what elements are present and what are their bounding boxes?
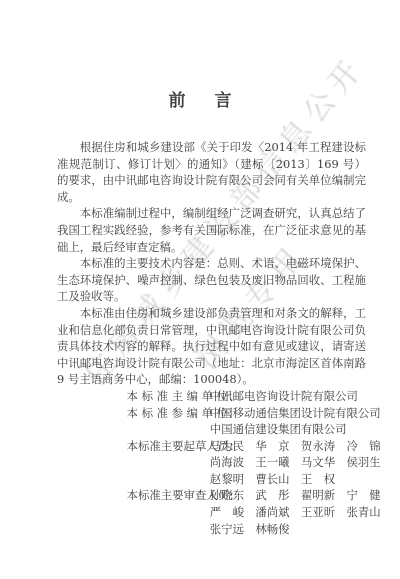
co-editor-org-1: 中国移动通信集团设计院有限公司 bbox=[210, 406, 381, 420]
paragraph-process: 本标准编制过程中，编制组经广泛调查研究，认真总结了我国工程实践经验，参考有关国际… bbox=[57, 205, 366, 255]
co-editor-line: 本 标 准 参 编 单 位：中国移动通信集团设计院有限公司 bbox=[57, 405, 366, 422]
page-title: 前 言 bbox=[0, 86, 400, 111]
drafters-row-1: 马为民 华 京 贺永涛 冷 锦 bbox=[210, 439, 381, 453]
co-editor-line-cont: 中国通信建设集团有限公司 bbox=[57, 421, 366, 438]
reviewers-line-cont-1: 严 峻 潘尚斌 王亚昕 张青山 bbox=[57, 504, 366, 521]
reviewers-row-2: 严 峻 潘尚斌 王亚昕 张青山 bbox=[210, 505, 381, 519]
co-editor-label: 本 标 准 参 编 单 位： bbox=[104, 405, 210, 422]
paragraph-basis: 根据住房和城乡建设部《关于印发〈2014 年工程建设标准规范制订、修订计划〉的通… bbox=[57, 139, 366, 205]
chief-editor-label: 本 标 准 主 编 单 位： bbox=[104, 388, 210, 405]
reviewers-row-1: 孙晓东 武 彤 翟明新 宁 健 bbox=[210, 488, 381, 502]
paragraph-management: 本标准由住房和城乡建设部负责管理和对条文的解释，工业和信息化部负责日常管理，中讯… bbox=[57, 305, 366, 388]
reviewers-label: 本标准主要审查人员： bbox=[104, 487, 210, 504]
drafters-label: 本标准主要起草人员： bbox=[104, 438, 210, 455]
drafters-line: 本标准主要起草人员：马为民 华 京 贺永涛 冷 锦 bbox=[57, 438, 366, 455]
drafters-row-2: 尚海波 王一曦 马文华 侯羽生 bbox=[210, 455, 381, 469]
foreword-content: 根据住房和城乡建设部《关于印发〈2014 年工程建设标准规范制订、修订计划〉的通… bbox=[57, 139, 366, 537]
chief-editor-line: 本 标 准 主 编 单 位：中讯邮电咨询设计院有限公司 bbox=[57, 388, 366, 405]
drafters-line-cont-1: 尚海波 王一曦 马文华 侯羽生 bbox=[57, 454, 366, 471]
co-editor-org-2: 中国通信建设集团有限公司 bbox=[210, 422, 347, 436]
paragraph-contents: 本标准的主要技术内容是：总则、术语、电磁环境保护、生态环境保护、噪声控制、绿色包… bbox=[57, 255, 366, 305]
drafters-line-cont-2: 赵黎明 曹长山 王 权 bbox=[57, 471, 366, 488]
document-page: 住房城乡建设部信息公开 浏览专用 前 言 根据住房和城乡建设部《关于印发〈201… bbox=[0, 0, 400, 579]
chief-editor-org: 中讯邮电咨询设计院有限公司 bbox=[210, 389, 358, 403]
reviewers-line-cont-2: 张宁远 林畅俊 bbox=[57, 521, 366, 538]
reviewers-line: 本标准主要审查人员：孙晓东 武 彤 翟明新 宁 健 bbox=[57, 487, 366, 504]
reviewers-row-3: 张宁远 林畅俊 bbox=[210, 522, 290, 536]
drafters-row-3: 赵黎明 曹长山 王 权 bbox=[210, 472, 335, 486]
